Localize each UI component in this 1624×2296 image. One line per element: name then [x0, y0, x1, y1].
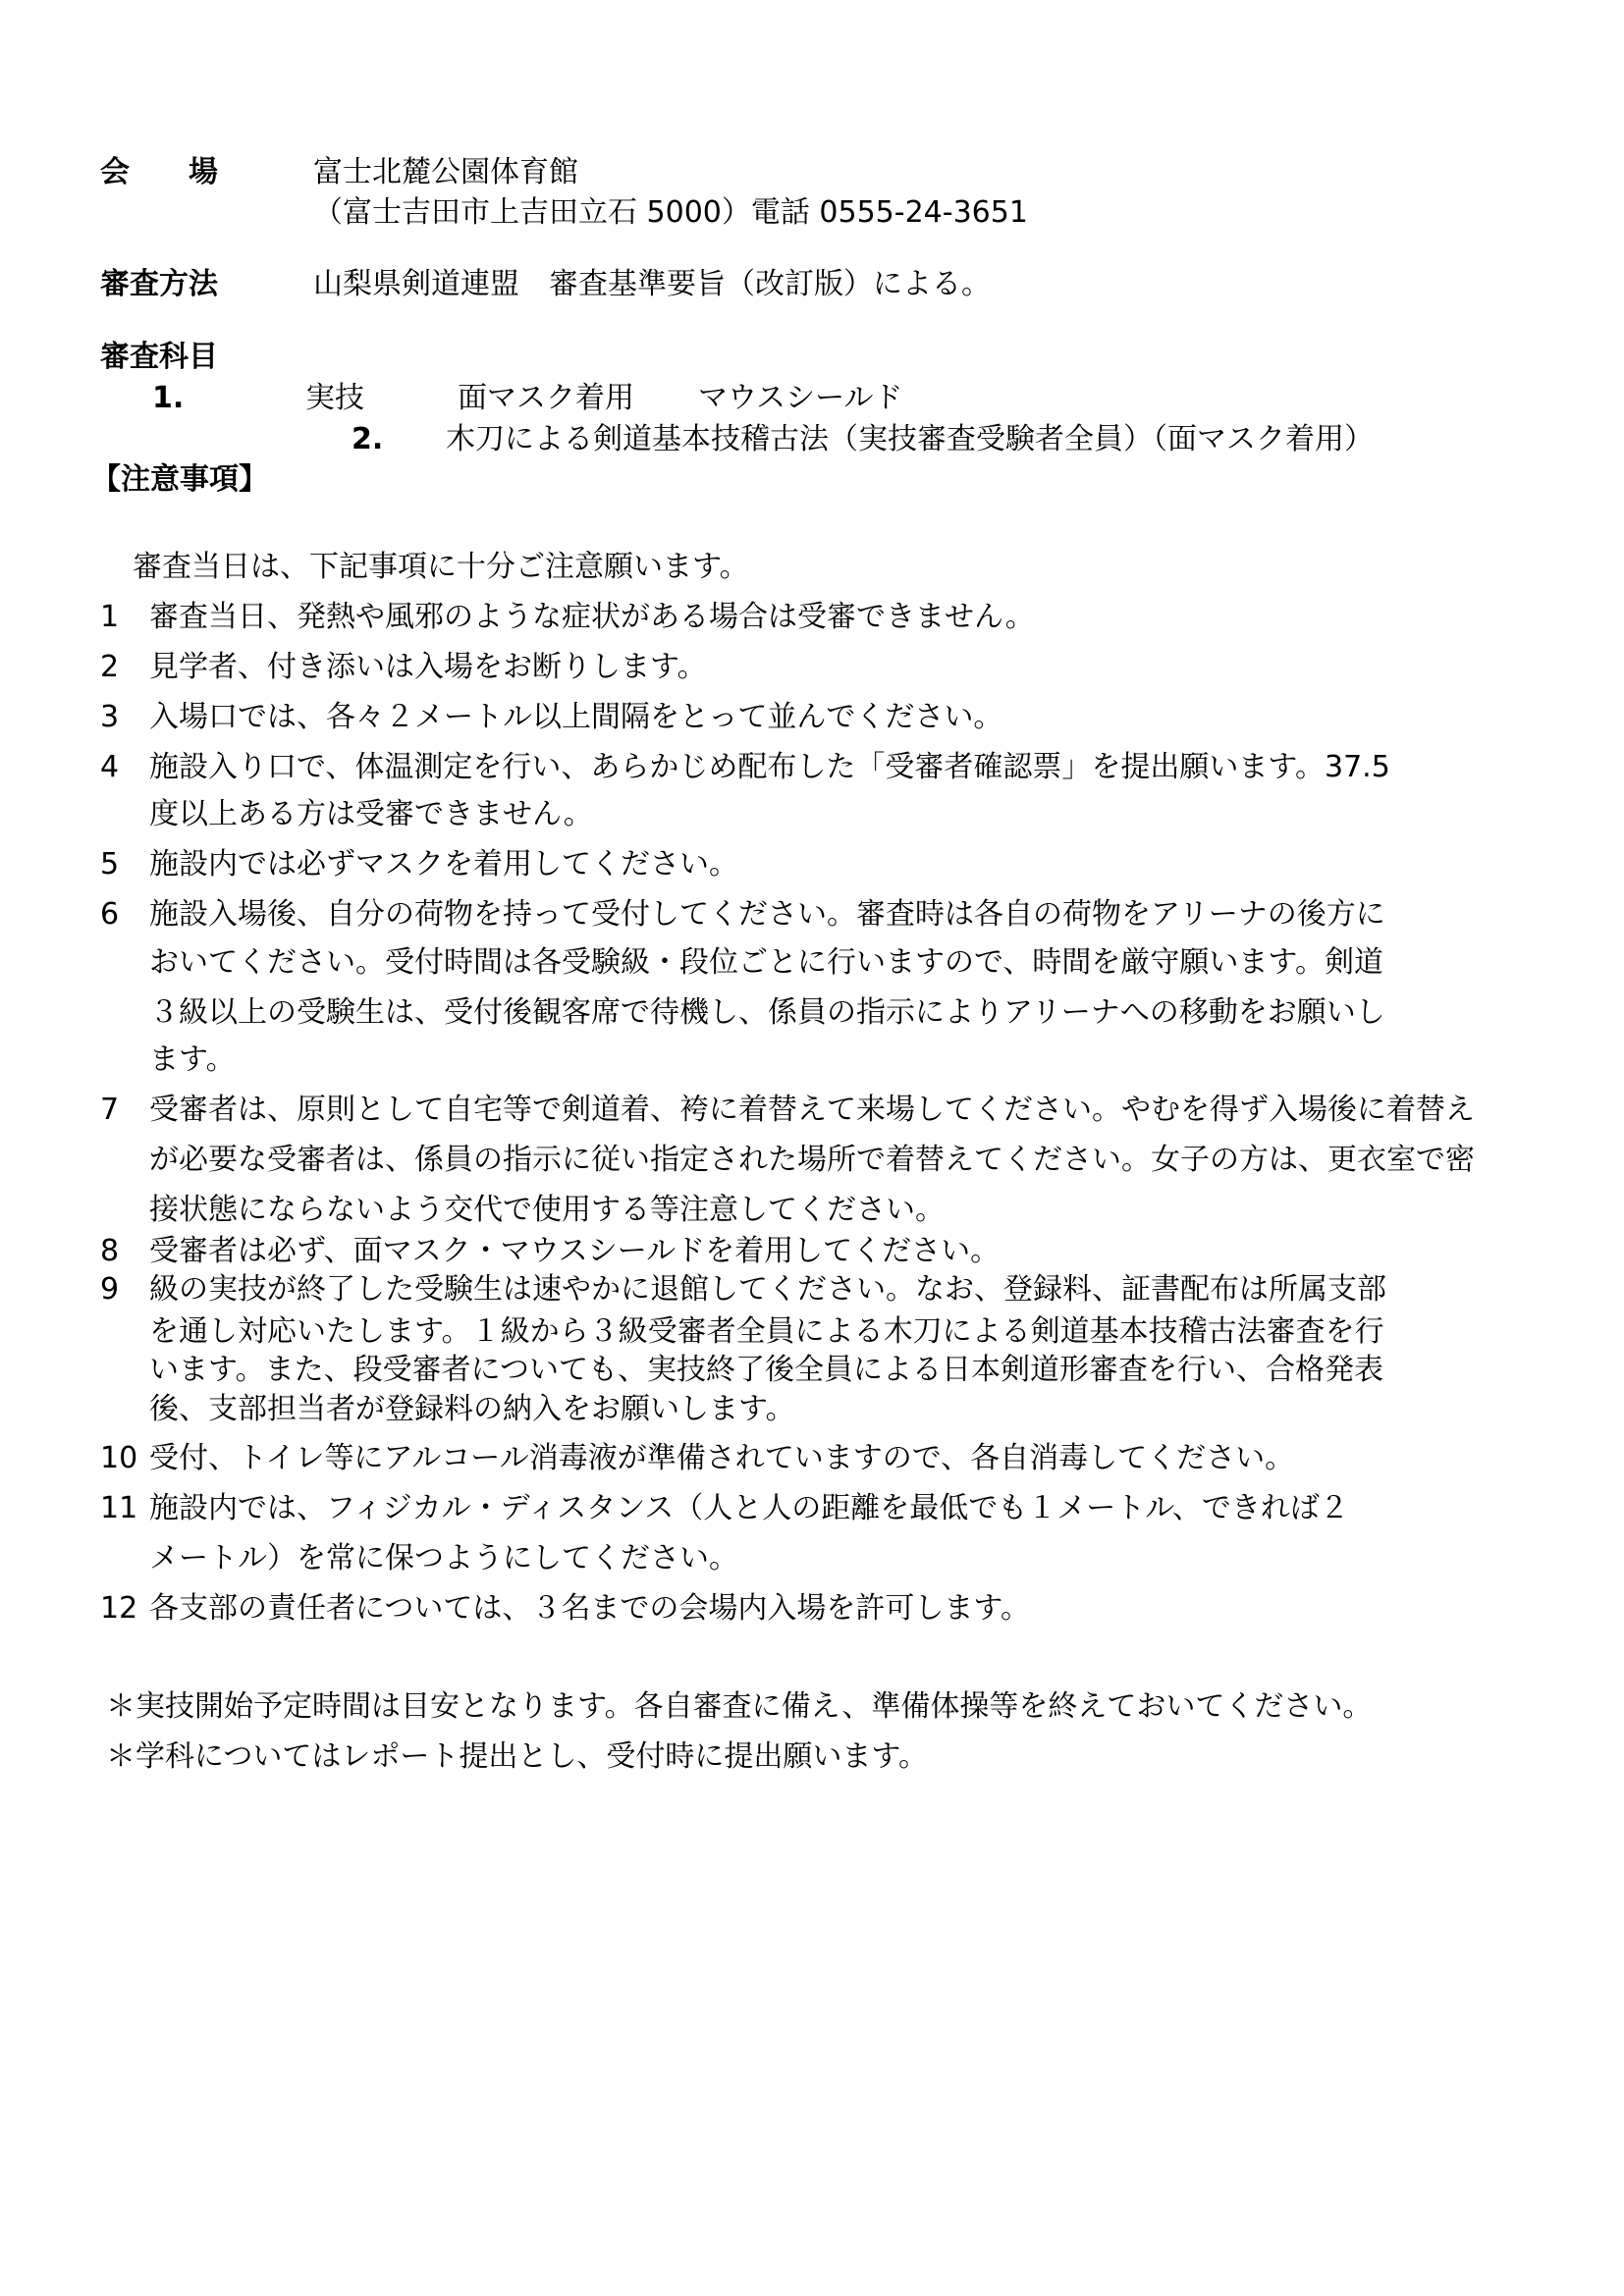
venue-address: （富士吉田市上吉田立石 5000）電話 0555-24-3651	[313, 195, 1028, 231]
subject-2-name: 木刀による剣道基本技稽古法（実技審査受験者全員）（面マスク着用）	[446, 422, 1374, 457]
item-4-line-2: 度以上ある方は受審できません。	[149, 797, 593, 832]
item-9-line-1: 級の実技が終了した受験生は速やかに退館してください。なお、登録料、証書配布は所属…	[149, 1272, 1386, 1308]
notice-intro: 審査当日は、下記事項に十分ご注意願います。	[133, 550, 749, 585]
item-8-num: 8	[100, 1234, 119, 1269]
item-6-line-4: ます。	[149, 1042, 236, 1078]
item-5-line-1: 施設内では必ずマスクを着用してください。	[149, 847, 738, 882]
item-12-num: 12	[100, 1591, 137, 1627]
item-5-num: 5	[100, 847, 119, 882]
item-6-line-1: 施設入場後、自分の荷物を持って受付してください。審査時は各自の荷物をアリーナの後…	[149, 897, 1385, 933]
item-9-line-2: を通し対応いたします。１級から３級受審者全員による木刀による剣道基本技稽古法審査…	[149, 1314, 1384, 1350]
notice-heading: 【注意事項】	[91, 462, 268, 498]
item-7-line-2: が必要な受審者は、係員の指示に従い指定された場所で着替えてください。女子の方は、…	[149, 1143, 1475, 1178]
item-1-num: 1	[100, 600, 119, 635]
item-7-line-3: 接状態にならないよう交代で使用する等注意してください。	[149, 1193, 945, 1228]
item-11-line-1: 施設内では、フィジカル・ディスタンス（人と人の距離を最低でも１メートル、できれば…	[149, 1491, 1349, 1526]
item-6-line-2: おいてください。受付時間は各受験級・段位ごとに行いますので、時間を厳守願います。…	[149, 945, 1383, 981]
item-3-num: 3	[100, 700, 119, 735]
item-10-num: 10	[100, 1441, 137, 1476]
item-2-num: 2	[100, 650, 119, 685]
subject-2-num: 2.	[352, 422, 383, 457]
item-7-line-1: 受審者は、原則として自宅等で剣道着、袴に着替えて来場してください。やむを得ず入場…	[149, 1093, 1475, 1128]
item-3-line-1: 入場口では、各々２メートル以上間隔をとって並んでください。	[149, 700, 1002, 735]
item-11-line-2: メートル）を常に保つようにしてください。	[149, 1541, 738, 1576]
item-10-line-1: 受付、トイレ等にアルコール消毒液が準備されていますので、各自消毒してください。	[149, 1441, 1294, 1476]
item-1-line-1: 審査当日、発熱や風邪のような症状がある場合は受審できません。	[149, 600, 1035, 635]
item-9-line-3: います。また、段受審者についても、実技終了後全員による日本剣道形審査を行い、合格…	[149, 1353, 1383, 1388]
footnote-1: ＊実技開始予定時間は目安となります。各自審査に備え、準備体操等を終えておいてくだ…	[106, 1689, 1372, 1725]
item-7-num: 7	[100, 1093, 119, 1128]
subjects-label: 審査科目	[100, 340, 218, 375]
item-8-line-1: 受審者は必ず、面マスク・マウスシールドを着用してください。	[149, 1234, 1000, 1269]
item-2-line-1: 見学者、付き添いは入場をお断りします。	[149, 650, 707, 685]
subject-1-detail2: マウスシールド	[698, 381, 903, 416]
venue-name: 富士北麓公園体育館	[313, 155, 578, 190]
subject-1-name: 実技	[305, 381, 364, 416]
item-12-line-1: 各支部の責任者については、３名までの会場内入場を許可します。	[149, 1591, 1030, 1627]
item-11-num: 11	[100, 1491, 137, 1526]
item-4-num: 4	[100, 750, 119, 785]
item-9-line-4: 後、支部担当者が登録料の納入をお願いします。	[149, 1392, 795, 1427]
item-6-line-3: ３級以上の受験生は、受付後観客席で待機し、係員の指示によりアリーナへの移動をお願…	[149, 995, 1385, 1031]
item-4-line-1: 施設入り口で、体温測定を行い、あらかじめ配布した「受審者確認票」を提出願います。…	[149, 750, 1390, 785]
subject-1-num: 1.	[152, 381, 184, 416]
item-9-num: 9	[100, 1272, 119, 1308]
method-value: 山梨県剣道連盟 審査基準要旨（改訂版）による。	[313, 267, 991, 302]
venue-label: 会 場	[100, 155, 218, 190]
item-6-num: 6	[100, 897, 119, 933]
subject-1-detail1: 面マスク着用	[458, 381, 634, 416]
footnote-2: ＊学科についてはレポート提出とし、受付時に提出願います。	[106, 1739, 928, 1775]
method-label: 審査方法	[100, 267, 218, 302]
